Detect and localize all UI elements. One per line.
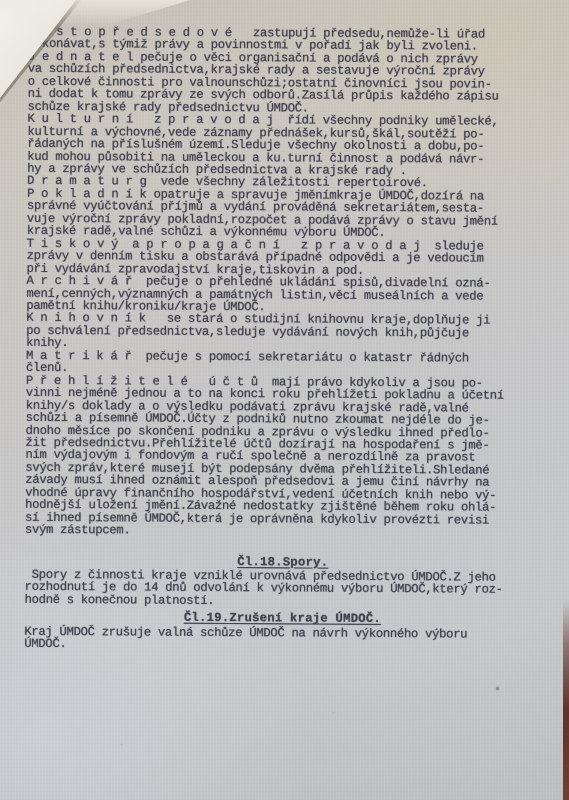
typewritten-lines: M í s t o p ř e d s e d o v é zastupují …: [24, 26, 544, 654]
table-edge-strip: [563, 600, 569, 800]
document-photo: M í s t o p ř e d s e d o v é zastupují …: [0, 0, 569, 800]
text-line: Kraj ÚMDOČ zrušuje valná schůze ÚMDOČ na…: [24, 626, 540, 642]
text-line: po schválení předsednictva,sleduje vydáv…: [26, 325, 542, 341]
text-line: M a t r i k á ř pečuje s pomocí sekretar…: [26, 350, 542, 366]
blank-line: [25, 536, 541, 552]
top-edge-highlight: [0, 0, 190, 26]
